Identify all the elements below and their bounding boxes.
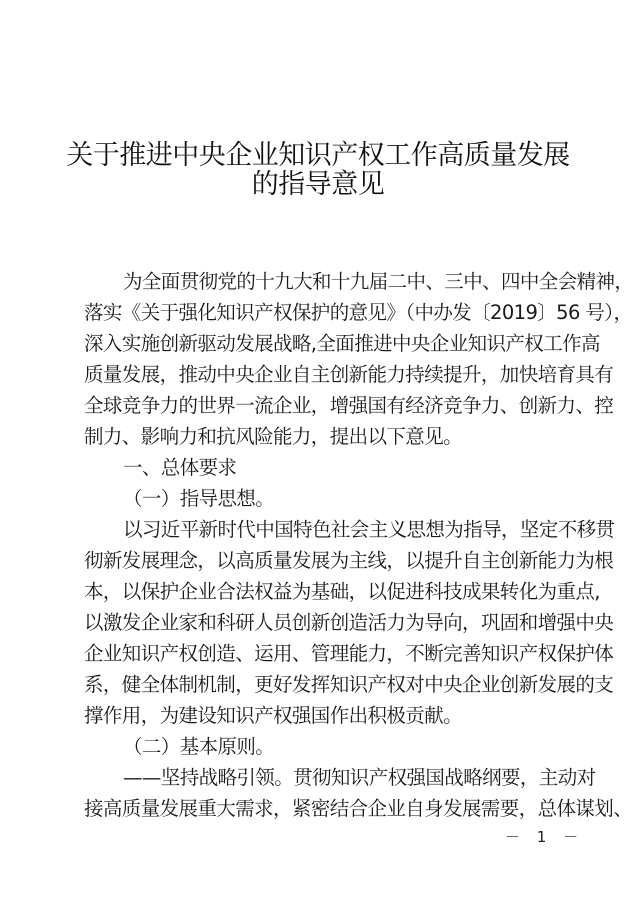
- subsection-heading: （一）指导思想。: [123, 487, 562, 511]
- body-line: 制力、影响力和抗风险能力，提出以下意见。: [84, 425, 562, 449]
- body-line: 系，健全体制机制，更好发挥知识产权对中央企业创新发展的支: [84, 673, 562, 697]
- body-line: 以习近平新时代中国特色社会主义思想为指导，坚定不移贯: [123, 518, 562, 542]
- body-line: 深入实施创新驱动发展战略,全面推进中央企业知识产权工作高: [84, 332, 562, 356]
- body-line: ——坚持战略引领。贯彻知识产权强国战略纲要，主动对: [123, 766, 562, 790]
- body-line: 企业知识产权创造、运用、管理能力，不断完善知识产权保护体: [84, 642, 562, 666]
- subsection-heading: （二）基本原则。: [123, 735, 562, 759]
- body-line: 接高质量发展重大需求，紧密结合企业自身发展需要，总体谋划、: [84, 797, 562, 821]
- document-title-line-1: 关于推进中央企业知识产权工作高质量发展: [0, 141, 636, 171]
- body-line: 为全面贯彻党的十九大和十九届二中、三中、四中全会精神，: [123, 270, 562, 294]
- body-line: 以激发企业家和科研人员创新创造活力为导向，巩固和增强中央: [84, 611, 562, 635]
- body-line: 落实《关于强化知识产权保护的意见》（中办发〔2019〕56 号），: [84, 301, 562, 325]
- body-line: 全球竞争力的世界一流企业，增强国有经济竞争力、创新力、控: [84, 394, 562, 418]
- section-heading: 一、总体要求: [123, 456, 562, 480]
- page-number: － 1 －: [505, 826, 584, 847]
- body-line: 彻新发展理念，以高质量发展为主线，以提升自主创新能力为根: [84, 549, 562, 573]
- document-title-line-2: 的指导意见: [0, 170, 636, 200]
- body-line: 质量发展，推动中央企业自主创新能力持续提升，加快培育具有: [84, 363, 562, 387]
- body-line: 本，以保护企业合法权益为基础，以促进科技成果转化为重点,: [84, 580, 562, 604]
- body-line: 撑作用，为建设知识产权强国作出积极贡献。: [84, 704, 562, 728]
